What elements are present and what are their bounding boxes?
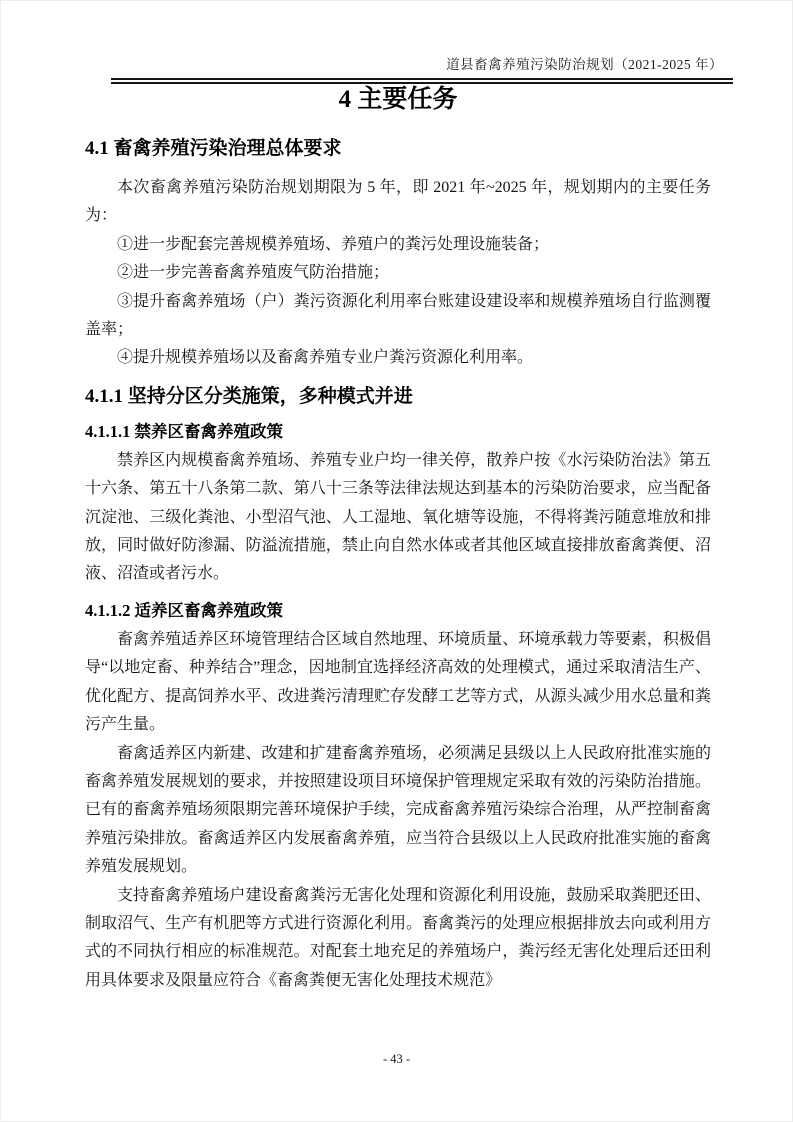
section-heading-4-1-1: 4.1.1 坚持分区分类施策，多种模式并进 <box>85 384 711 410</box>
page-footer: - 43 - <box>1 1052 792 1067</box>
chapter-title: 4 主要任务 <box>85 1 711 114</box>
paragraph-suitable-zone-construction: 畜禽适养区内新建、改建和扩建畜禽养殖场，必须满足县级以上人民政府批准实施的畜禽养… <box>85 740 711 882</box>
section-heading-4-1-1-2: 4.1.1.2 适养区畜禽养殖政策 <box>85 600 711 622</box>
task-item-2: ②进一步完善畜禽养殖废气防治措施； <box>85 259 711 287</box>
page-number: - 43 - <box>383 1052 410 1066</box>
section-heading-4-1-1-1: 4.1.1.1 禁养区畜禽养殖政策 <box>85 421 711 443</box>
paragraph-plan-period: 本次畜禽养殖污染防治规划期限为 5 年，即 2021 年~2025 年，规划期内… <box>85 174 711 231</box>
task-item-4: ④提升规模养殖场以及畜禽养殖专业户粪污资源化利用率。 <box>85 344 711 372</box>
document-page: 道县畜禽养殖污染防治规划（2021-2025 年） 4 主要任务 4.1 畜禽养… <box>0 0 793 1122</box>
section-heading-4-1: 4.1 畜禽养殖污染治理总体要求 <box>85 137 711 161</box>
paragraph-suitable-zone-management: 畜禽养殖适养区环境管理结合区域自然地理、环境质量、环境承载力等要素，积极倡导“以… <box>85 626 711 740</box>
paragraph-suitable-zone-utilization: 支持畜禽养殖场户建设畜禽粪污无害化处理和资源化利用设施，鼓励采取粪肥还田、制取沼… <box>85 882 711 996</box>
document-content: 4 主要任务 4.1 畜禽养殖污染治理总体要求 本次畜禽养殖污染防治规划期限为 … <box>85 1 711 995</box>
paragraph-forbidden-zone-policy: 禁养区内规模畜禽养殖场、养殖专业户均一律关停，散养户按《水污染防治法》第五十六条… <box>85 447 711 589</box>
task-item-1: ①进一步配套完善规模养殖场、养殖户的粪污处理设施装备； <box>85 231 711 259</box>
task-item-3: ③提升畜禽养殖场（户）粪污资源化利用率台账建设建设率和规模养殖场自行监测覆盖率； <box>85 288 711 345</box>
